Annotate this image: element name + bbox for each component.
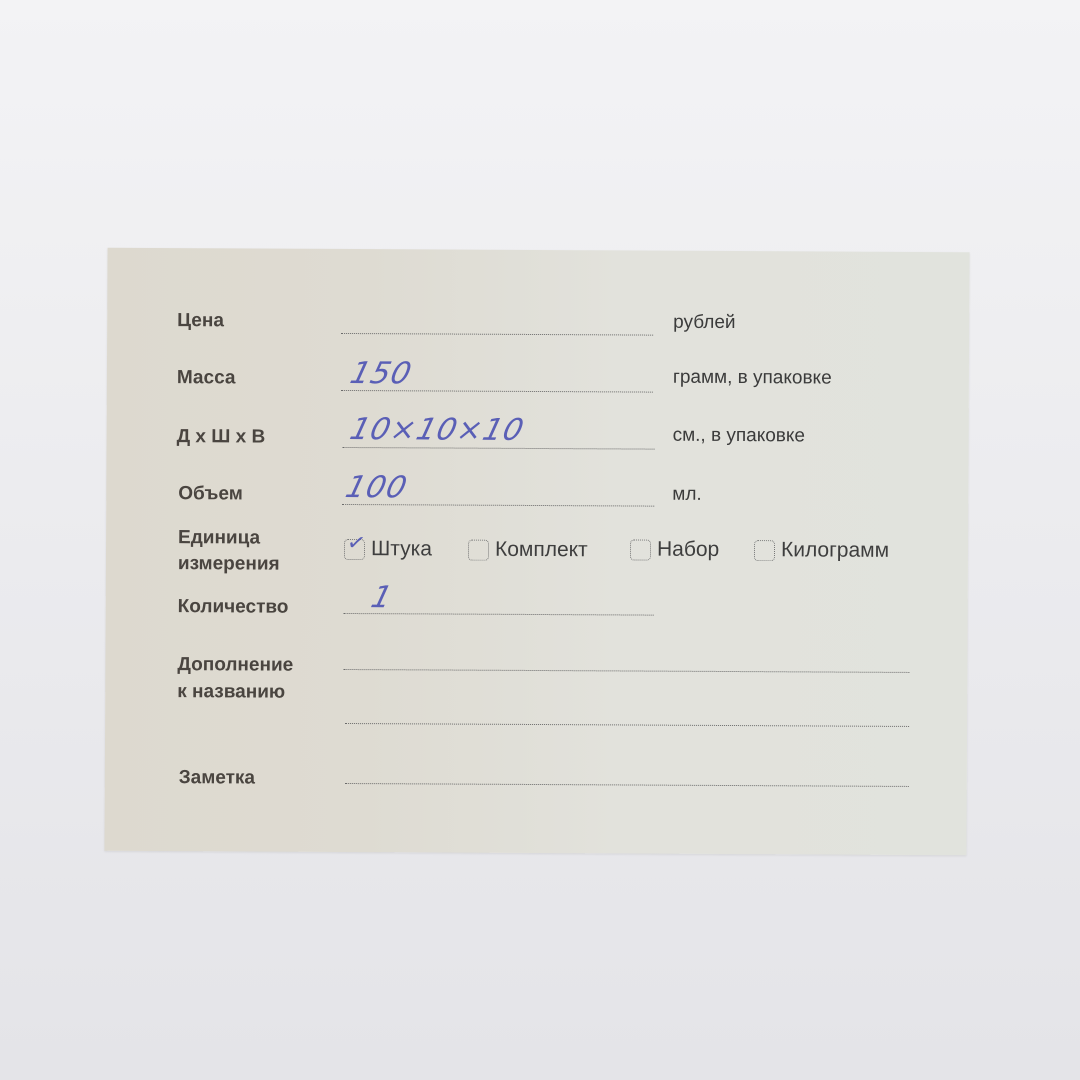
option-set[interactable]: Комплект [468, 538, 588, 563]
mass-value: 150 [347, 359, 415, 389]
unit-of-measure-label-line2: измерения [178, 551, 280, 578]
name-addition-label-line1: Дополнение [177, 652, 293, 679]
option-piece[interactable]: ✓ Штука [344, 537, 432, 561]
price-unit: рублей [673, 311, 735, 335]
dimensions-value: 10×10×10 [347, 415, 527, 446]
name-addition-field-line1[interactable] [343, 669, 909, 673]
volume-value: 100 [343, 473, 411, 503]
price-field[interactable] [341, 333, 653, 336]
name-addition-field-line2[interactable] [345, 723, 909, 727]
checkbox-kilogram[interactable] [754, 540, 775, 561]
quantity-value: 1 [368, 583, 396, 613]
quantity-label: Количество [178, 594, 289, 621]
volume-unit: мл. [672, 483, 702, 507]
option-kit-label: Набор [657, 538, 719, 562]
quantity-field[interactable] [344, 613, 654, 616]
option-set-label: Комплект [495, 538, 588, 562]
option-kit[interactable]: Набор [630, 537, 719, 561]
price-label: Цена [177, 308, 224, 334]
dimensions-unit: см., в упаковке [673, 424, 806, 449]
option-kilogram-label: Килограмм [781, 538, 889, 563]
unit-of-measure-label-line1: Единица [178, 525, 260, 551]
dimensions-label: Д х Ш х В [177, 424, 266, 450]
note-label: Заметка [179, 765, 255, 791]
check-mark-icon: ✓ [345, 529, 368, 557]
volume-label: Объем [178, 481, 243, 507]
checkbox-piece[interactable]: ✓ [344, 538, 365, 559]
product-label-card: Цена рублей Масса 150 грамм, в упаковке … [104, 248, 969, 856]
mass-unit: грамм, в упаковке [673, 366, 832, 391]
option-kilogram[interactable]: Килограмм [754, 538, 889, 563]
checkbox-set[interactable] [468, 539, 489, 560]
checkbox-kit[interactable] [630, 539, 651, 560]
mass-label: Масса [177, 365, 236, 391]
note-field[interactable] [345, 783, 909, 787]
option-piece-label: Штука [371, 537, 432, 561]
name-addition-label-line2: к названию [177, 679, 285, 706]
